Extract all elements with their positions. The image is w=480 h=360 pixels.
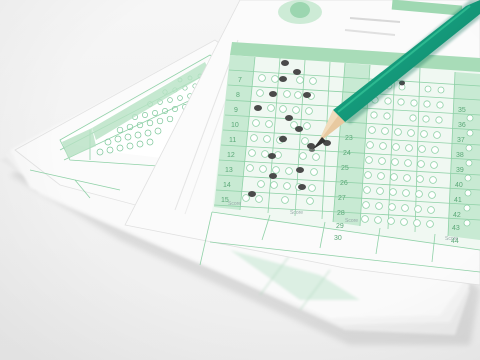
photo-scene: Stack of green multiple-choice answer sh… <box>0 0 480 360</box>
answer-sheets-illustration: 789101112131415 2324252627282930 3536373… <box>0 0 480 360</box>
